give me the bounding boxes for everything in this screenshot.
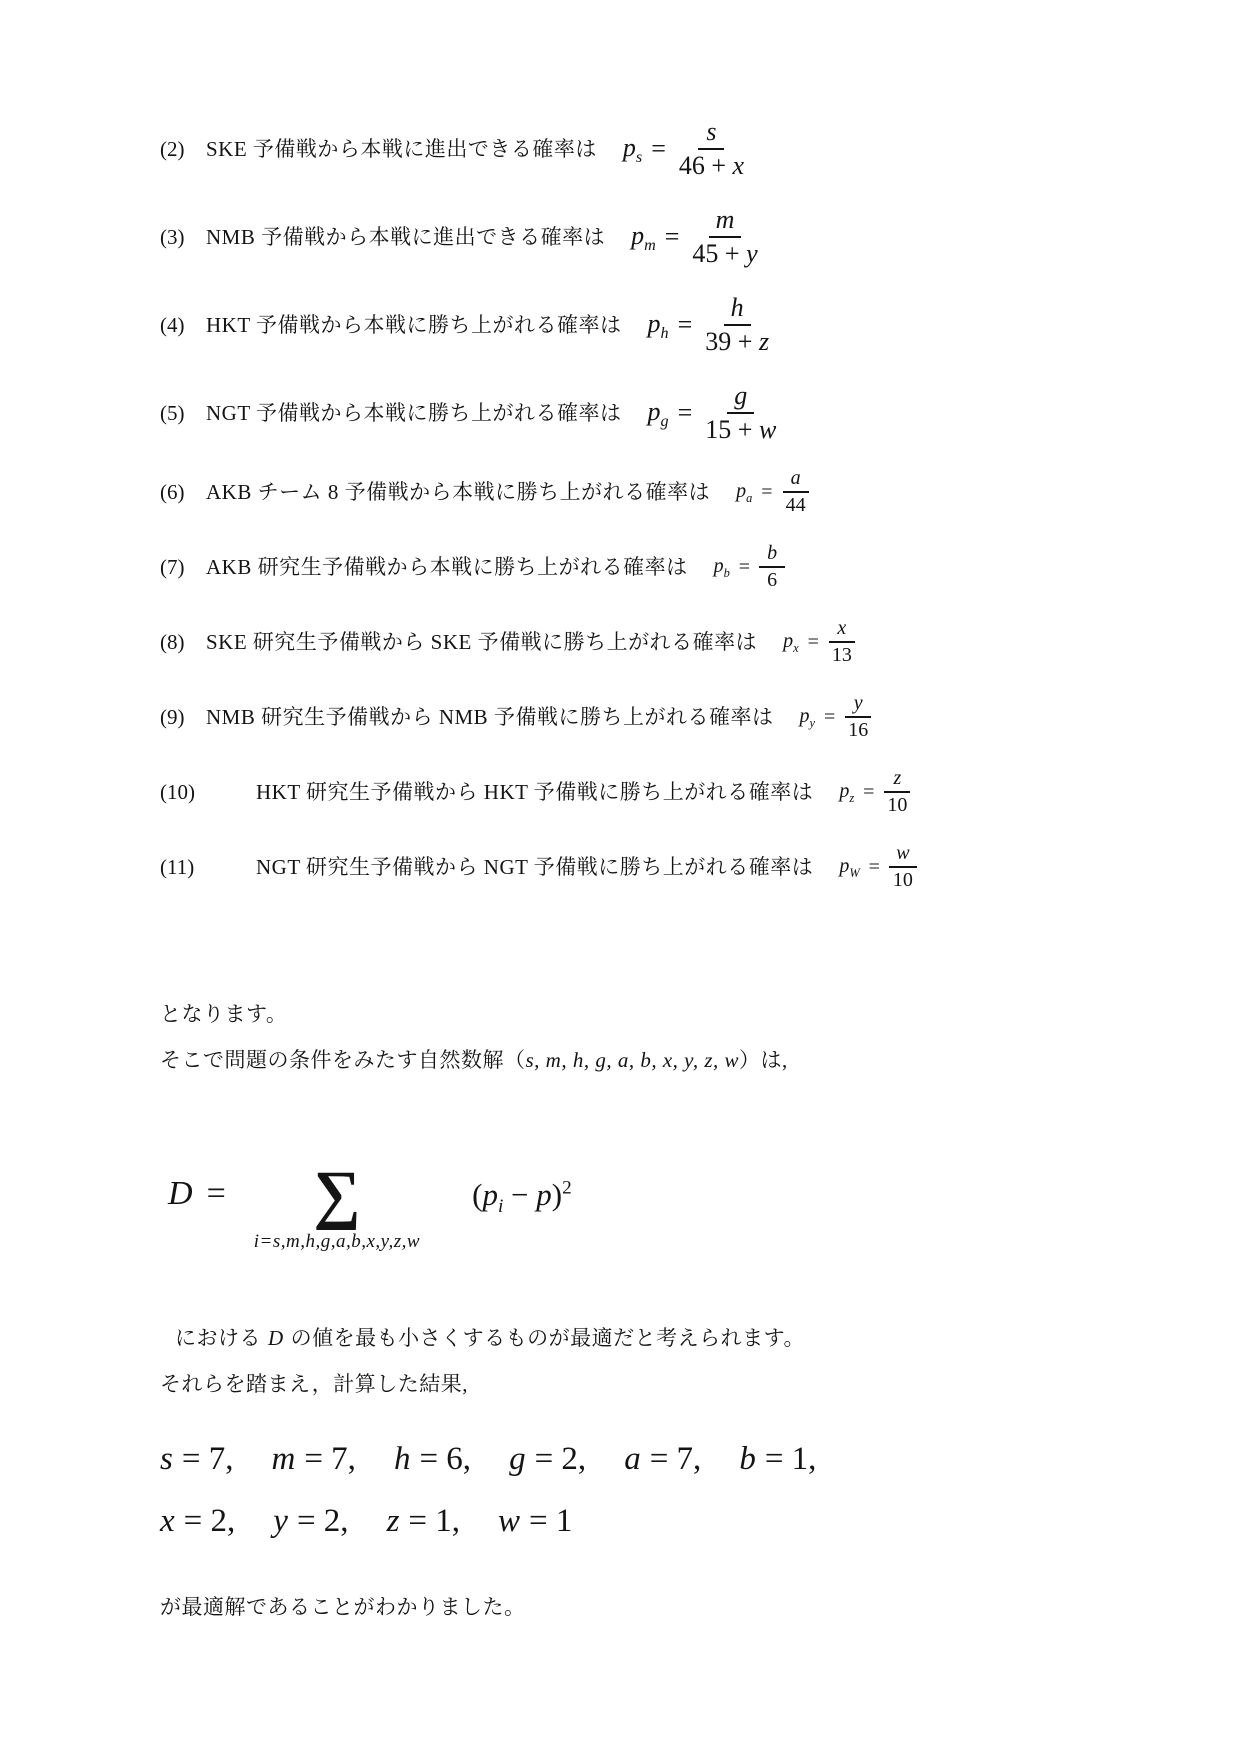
- narrative-block: となります。 そこで問題の条件をみたす自然数解（s, m, h, g, a, b…: [160, 991, 1119, 1083]
- p-symbol: pa: [736, 477, 752, 508]
- probability-item-10: (10) HKT 研究生予備戦から HKT 予備戦に勝ち上がれる確率は pz =…: [160, 764, 1119, 820]
- solution-line-1: s= 7, m= 7, h= 6, g= 2, a= 7, b= 1,: [160, 1441, 1119, 1478]
- fraction: m 45 + y: [688, 205, 761, 269]
- p-symbol: px: [783, 627, 799, 658]
- equals-sign: =: [207, 1175, 226, 1213]
- equals-sign: =: [651, 130, 666, 168]
- solution-entry: g= 2,: [509, 1441, 586, 1478]
- item-number: (4): [160, 310, 206, 340]
- fraction: y 16: [844, 692, 872, 742]
- probability-item-7: (7) AKB 研究生予備戦から本戦に勝ち上がれる確率は pb = b 6: [160, 539, 1119, 595]
- equals-sign: =: [808, 628, 819, 657]
- fraction: x 13: [828, 617, 856, 667]
- fraction: a 44: [782, 467, 810, 517]
- item-text: NGT 研究生予備戦から NGT 予備戦に勝ち上がれる確率は: [256, 852, 813, 882]
- equals-sign: =: [678, 306, 693, 344]
- fraction-denominator: 10: [889, 868, 917, 892]
- solution-entry: w= 1: [498, 1503, 572, 1540]
- summation-limits: i=s,m,h,g,a,b,x,y,z,w: [254, 1231, 420, 1253]
- summation-term: (pi − p)2: [472, 1177, 572, 1218]
- item-number: (8): [160, 627, 206, 657]
- probability-formula: pW = w 10: [839, 842, 917, 892]
- probability-formula: pb = b 6: [714, 542, 785, 592]
- conclusion-line-2: それらを踏まえ，計算した結果,: [160, 1361, 1119, 1407]
- narrative-line-2: そこで問題の条件をみたす自然数解（s, m, h, g, a, b, x, y,…: [160, 1037, 1119, 1083]
- probability-item-9: (9) NMB 研究生予備戦から NMB 予備戦に勝ち上がれる確率は py = …: [160, 689, 1119, 745]
- fraction-numerator: w: [889, 842, 916, 868]
- equals-sign: =: [678, 394, 693, 432]
- conclusion-line-1: におけるDの値を最も小さくするものが最適だと考えられます。: [160, 1315, 1119, 1361]
- probability-formula: pm = m 45 + y: [631, 205, 762, 269]
- item-text: SKE 研究生予備戦から SKE 予備戦に勝ち上がれる確率は: [206, 627, 757, 657]
- item-number: (3): [160, 222, 206, 252]
- summation-formula: D = ∑ i=s,m,h,g,a,b,x,y,z,w (pi − p)2: [168, 1161, 1119, 1253]
- equals-sign: =: [869, 853, 880, 882]
- item-text: NMB 研究生予備戦から NMB 予備戦に勝ち上がれる確率は: [206, 702, 773, 732]
- probability-formula: ph = h 39 + z: [648, 293, 774, 357]
- variable-list: s, m, h, g, a, b, x, y, z, w: [526, 1048, 740, 1072]
- item-number: (11): [160, 852, 256, 882]
- probability-item-11: (11) NGT 研究生予備戦から NGT 予備戦に勝ち上がれる確率は pW =…: [160, 839, 1119, 895]
- document-page: (2) SKE 予備戦から本戦に進出できる確率は ps = s 46 + x (…: [0, 0, 1239, 1754]
- fraction-denominator: 16: [844, 718, 872, 742]
- summation-lhs: D: [168, 1175, 193, 1213]
- solution-entry: a= 7,: [624, 1441, 701, 1478]
- fraction: h 39 + z: [701, 293, 773, 357]
- p-symbol: py: [799, 702, 815, 733]
- solution-entry: b= 1,: [739, 1441, 816, 1478]
- probability-item-4: (4) HKT 予備戦から本戦に勝ち上がれる確率は ph = h 39 + z: [160, 288, 1119, 362]
- p-symbol: pz: [839, 777, 854, 808]
- fraction-numerator: z: [884, 767, 910, 793]
- probability-formula: px = x 13: [783, 617, 856, 667]
- item-number: (2): [160, 134, 206, 164]
- d-variable: D: [268, 1326, 284, 1350]
- sigma-icon: ∑: [313, 1161, 360, 1229]
- equals-sign: =: [739, 553, 750, 582]
- probability-item-2: (2) SKE 予備戦から本戦に進出できる確率は ps = s 46 + x: [160, 112, 1119, 186]
- narrative-line-1: となります。: [160, 991, 1119, 1037]
- solution-values: s= 7, m= 7, h= 6, g= 2, a= 7, b= 1, x= 2…: [160, 1441, 1119, 1540]
- fraction-denominator: 46 + x: [675, 150, 748, 181]
- fraction-numerator: h: [724, 293, 751, 326]
- fraction-numerator: x: [829, 617, 855, 643]
- item-number: (6): [160, 477, 206, 507]
- fraction-numerator: y: [845, 692, 871, 718]
- probability-formula: ps = s 46 + x: [623, 117, 748, 181]
- fraction-denominator: 44: [782, 493, 810, 517]
- p-symbol: pb: [714, 552, 730, 583]
- solution-entry: z= 1,: [387, 1503, 460, 1540]
- solution-entry: y= 2,: [273, 1503, 348, 1540]
- item-text: SKE 予備戦から本戦に進出できる確率は: [206, 134, 597, 164]
- probability-formula: pg = g 15 + w: [648, 381, 781, 445]
- fraction: z 10: [883, 767, 911, 817]
- solution-entry: x= 2,: [160, 1503, 235, 1540]
- item-text: NGT 予備戦から本戦に勝ち上がれる確率は: [206, 398, 622, 428]
- fraction-numerator: b: [759, 542, 785, 568]
- fraction-numerator: m: [709, 205, 742, 238]
- probability-formula: pa = a 44: [736, 467, 809, 517]
- item-number: (7): [160, 552, 206, 582]
- probability-item-5: (5) NGT 予備戦から本戦に勝ち上がれる確率は pg = g 15 + w: [160, 376, 1119, 450]
- fraction-denominator: 13: [828, 643, 856, 667]
- fraction-numerator: a: [783, 467, 809, 493]
- fraction-denominator: 45 + y: [688, 238, 761, 269]
- item-text: NMB 予備戦から本戦に進出できる確率は: [206, 222, 605, 252]
- solution-entry: h= 6,: [394, 1441, 471, 1478]
- equals-sign: =: [761, 478, 772, 507]
- closing-line: が最適解であることがわかりました。: [160, 1584, 1119, 1630]
- solution-entry: s= 7,: [160, 1441, 233, 1478]
- p-symbol: pm: [631, 217, 656, 258]
- fraction-denominator: 39 + z: [701, 326, 773, 357]
- p-symbol: ps: [623, 129, 642, 170]
- equals-sign: =: [863, 778, 874, 807]
- p-symbol: pW: [839, 852, 859, 883]
- fraction-denominator: 6: [763, 568, 781, 592]
- sigma-with-limits: ∑ i=s,m,h,g,a,b,x,y,z,w: [254, 1161, 420, 1253]
- item-text: HKT 研究生予備戦から HKT 予備戦に勝ち上がれる確率は: [256, 777, 813, 807]
- equals-sign: =: [824, 703, 835, 732]
- p-symbol: pg: [648, 393, 669, 434]
- probability-item-3: (3) NMB 予備戦から本戦に進出できる確率は pm = m 45 + y: [160, 200, 1119, 274]
- item-number: (5): [160, 398, 206, 428]
- item-text: AKB チーム 8 予備戦から本戦に勝ち上がれる確率は: [206, 477, 710, 507]
- fraction-denominator: 15 + w: [701, 414, 780, 445]
- item-text: AKB 研究生予備戦から本戦に勝ち上がれる確率は: [206, 552, 688, 582]
- fraction: s 46 + x: [675, 117, 748, 181]
- fraction-numerator: g: [727, 381, 754, 414]
- fraction: b 6: [759, 542, 785, 592]
- probability-formula: py = y 16: [799, 692, 872, 742]
- fraction: g 15 + w: [701, 381, 780, 445]
- p-symbol: ph: [648, 305, 669, 346]
- probability-item-8: (8) SKE 研究生予備戦から SKE 予備戦に勝ち上がれる確率は px = …: [160, 614, 1119, 670]
- solution-entry: m= 7,: [271, 1441, 355, 1478]
- probability-item-6: (6) AKB チーム 8 予備戦から本戦に勝ち上がれる確率は pa = a 4…: [160, 464, 1119, 520]
- fraction: w 10: [889, 842, 917, 892]
- equals-sign: =: [665, 218, 680, 256]
- solution-line-2: x= 2, y= 2, z= 1, w= 1: [160, 1503, 1119, 1540]
- conclusion-block: におけるDの値を最も小さくするものが最適だと考えられます。 それらを踏まえ，計算…: [160, 1315, 1119, 1407]
- item-text: HKT 予備戦から本戦に勝ち上がれる確率は: [206, 310, 622, 340]
- fraction-denominator: 10: [883, 793, 911, 817]
- probability-formula: pz = z 10: [839, 767, 911, 817]
- item-number: (9): [160, 702, 206, 732]
- fraction-numerator: s: [698, 117, 724, 150]
- item-number: (10): [160, 777, 256, 807]
